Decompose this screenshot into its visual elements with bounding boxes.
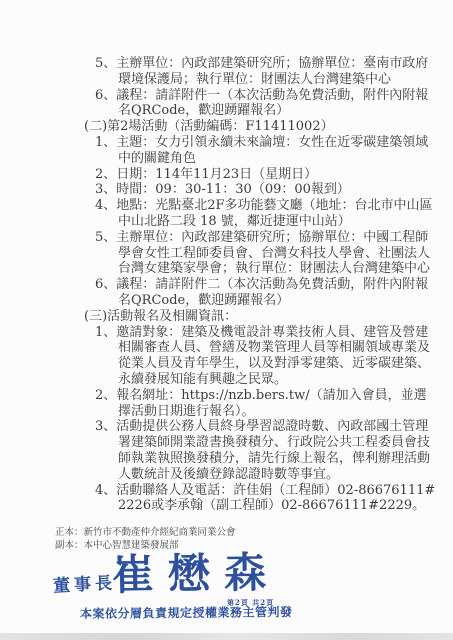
section-heading: (三)活動報名及相關資訊： [84,309,429,325]
text-line: 相關審查人員、營繕及物業管理人員等相關領域專業及 [84,340,429,356]
text-line: 人數統計及後續登錄認證時數等事宜。 [84,467,429,483]
text-line: 2、日期：114年11月23日（星期日） [84,167,429,183]
body-text: 5、主辦單位：內政部建築研究所；協辦單位：臺南市政府 環境保護局；執行單位：財團… [84,56,429,514]
text-line: 永續發展知能有興趣之民眾。 [84,372,429,388]
text-line: 中的關鍵角色 [84,151,429,167]
text-line: 名QRCode，歡迎踴躍報名） [84,293,429,309]
text-line: 署建築師開業證書換發積分、行政院公共工程委員會技 [84,435,429,451]
page-bottom-edge [0,633,453,640]
text-line: 擇活動日期進行報名）。 [84,404,429,420]
text-line: 2226或李承翰（副工程師）02-86676111#2229。 [84,498,429,514]
text-line: 從業人員及青年學生，以及對淨零建築、近零碳建築、 [84,356,429,372]
text-line: 4、地點：光點臺北2F多功能藝文廳（地址：台北市中山區 [84,198,429,214]
text-line: 名QRCode，歡迎踴躍報名） [84,103,429,119]
distribution-original: 正本：新竹市不動產仲介經紀商業同業公會 [55,527,236,540]
text-line: 1、邀請對象：建築及機電設計專業技術人員、建管及營建 [84,325,429,341]
text-line: 5、主辦單位：內政部建築研究所；協辦單位：臺南市政府 [84,56,429,72]
chairman-signature: 崔懋森 [112,549,281,600]
text-line: 環境保護局；執行單位：財團法人台灣建築中心 [84,72,429,88]
text-line: 中山北路二段 18 號，鄰近捷運中山站） [84,214,429,230]
delegation-stamp: 本案依分層負責規定授權業務主管判發 [80,603,293,622]
text-line: 台灣女建築家學會；執行單位：財團法人台灣建築中心 [84,261,429,277]
text-line: 6、議程：請詳附件一（本次活動為免費活動，附件內附報 [84,88,429,104]
section-heading: (二)第2場活動（活動編碼：F11411002） [84,119,429,135]
text-line: 3、時間：09：30-11：30（09：00報到） [84,182,429,198]
text-line: 6、議程：請詳附件二（本次活動為免費活動，附件內附報 [84,277,429,293]
document-page: { "page": { "background": "#fcfcfc", "te… [0,0,453,640]
chairman-title: 董事長 [52,568,116,596]
text-line: 5、主辦單位：內政部建築研究所；協辦單位：中國工程師 [84,230,429,246]
text-line: 師執業執照換發積分，請先行線上報名，俾利辦理活動 [84,451,429,467]
text-line: 2、報名網址：https://nzb.bers.tw/（請加入會員，並選 [84,388,429,404]
text-line: 1、主題：女力引領永續未來論壇：女性在近零碳建築領域 [84,135,429,151]
text-line: 學會女性工程師委員會、台灣女科技人學會、社團法人 [84,246,429,262]
text-line: 4、活動聯絡人及電話：許佳娟（工程師）02-86676111# [84,483,429,499]
text-line: 3、活動提供公務人員終身學習認證時數、內政部國土管理 [84,419,429,435]
